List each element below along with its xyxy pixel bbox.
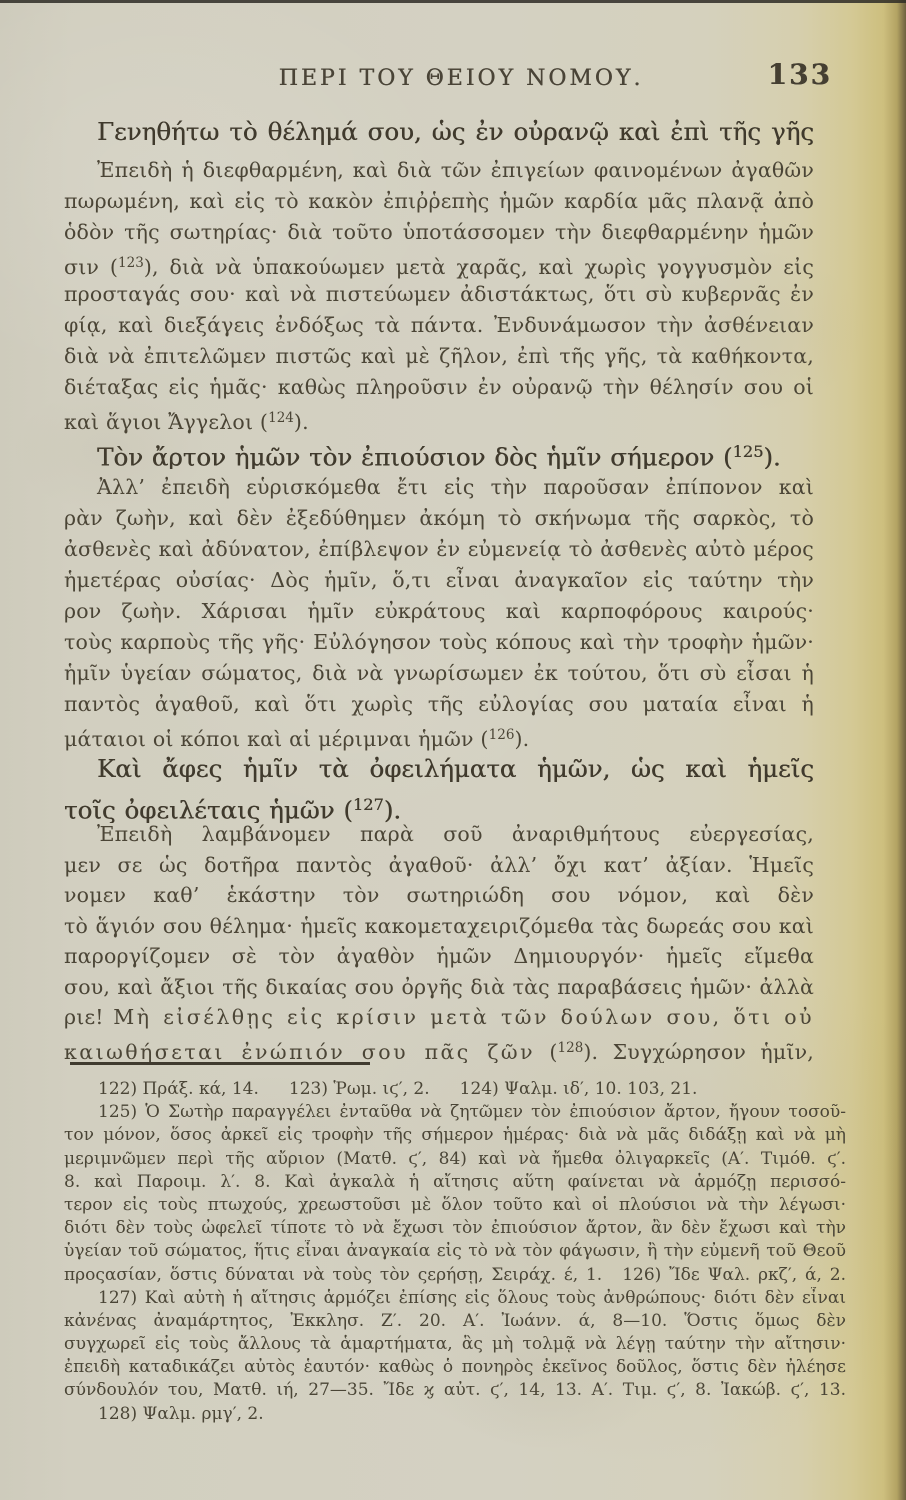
footnote-line: μεριμνῶμεν περὶ τῆς αὔριον (Ματθ. ϛ′, 84…	[64, 1148, 846, 1171]
book-page-scan: ΠΕΡΙ ΤΟΥ ΘΕΙΟΥ ΝΟΜΟΥ. 133 Γενηθήτω τὸ θέ…	[0, 0, 906, 1500]
text-line: φίᾳ, καὶ διεξάγεις ἐνδόξως τὰ πάντα. Ἐνδ…	[64, 310, 814, 341]
text-line: ἀσθενὲς καὶ ἀδύνατον, ἐπίβλεψον ἐν εὐμεν…	[64, 534, 814, 565]
footnote-separator	[70, 1062, 370, 1065]
quote-line: Τὸν ἄρτον ἡμῶν τὸν ἐπιούσιον δὸς ἡμῖν σή…	[64, 435, 814, 469]
text-line: σου, καὶ ἄξιοι τῆς δικαίας σου ὀργῆς διὰ…	[64, 972, 814, 1003]
text-line: διέταξας εἰς ἡμᾶς· καθὼς πληροῦσιν ἐν οὐ…	[64, 372, 814, 403]
footnote-line: 8. καὶ Παροιμ. λ′. 8. Καὶ ἀγκαλὰ ἡ αἴτησ…	[64, 1171, 846, 1194]
text-line: παντὸς ἀγαθοῦ, καὶ ὅτι χωρὶς τῆς εὐλογία…	[64, 689, 814, 720]
text-line: νομεν καθ’ ἑκάστην τὸν σωτηριώδη σου νόμ…	[64, 880, 814, 911]
footnote-123: 123) Ῥωμ. ιϛ′, 2.	[289, 1079, 430, 1099]
paragraph-commentary-3: Ἐπειδὴ λαμβάνομεν παρὰ σοῦ ἀναριθμήτους …	[64, 819, 814, 1063]
footnote-line: ὑγείαν τοῦ σώματος, ἥτις εἶναι ἀναγκαία …	[64, 1240, 846, 1263]
quote-line: Καὶ ἄφες ἡμῖν τὰ ὀφειλήματα ἡμῶν, ὡς καὶ…	[64, 751, 814, 787]
text-line: ἡμετέρας οὐσίας· Δὸς ἡμῖν, ὅ,τι εἶναι ἀν…	[64, 565, 814, 596]
text-line: τὸ ἅγιόν σου θέλημα· ἡμεῖς κακομεταχειρι…	[64, 911, 814, 942]
main-text-column: ΠΕΡΙ ΤΟΥ ΘΕΙΟΥ ΝΟΜΟΥ. 133 Γενηθήτω τὸ θέ…	[64, 0, 814, 1063]
footnote-ref-128: 128	[558, 1040, 584, 1056]
footnote-line: σύνδουλόν του, Ματθ. ιή, 27—35. Ἴδε ϗ αὐ…	[64, 1379, 846, 1402]
text-line: ρον ζωὴν. Χάρισαι ἡμῖν εὐκράτους καὶ καρ…	[64, 596, 814, 627]
footnote-128: 128) Ψαλμ. ρμγ′, 2.	[64, 1403, 846, 1426]
prayer-quote-daily-bread: Τὸν ἄρτον ἡμῶν τὸν ἐπιούσιον δὸς ἡμῖν σή…	[64, 435, 814, 469]
footnote-ref-127: 127	[353, 795, 384, 814]
paragraph-commentary-1: Ἐπειδὴ ἡ διεφθαρμένη, καὶ διὰ τῶν ἐπιγεί…	[64, 155, 814, 434]
text-line: ὁδὸν τῆς σωτηρίας· διὰ τοῦτο ὑποτάσσομεν…	[64, 217, 814, 248]
text-line: Ἀλλ’ ἐπειδὴ εὑρισκόμεθα ἔτι εἰς τὴν παρο…	[64, 472, 814, 503]
footnote-line: διότι δὲν τοὺς ὠφελεῖ τίποτε τὸ νὰ ἔχωσι…	[64, 1217, 846, 1240]
footnote-line: 127) Καὶ αὐτὴ ἡ αἴτησις ἁρμόζει ἐπίσης ε…	[64, 1287, 846, 1310]
footnote-line: 122) Πράξ. κά, 14.123) Ῥωμ. ιϛ′, 2.124) …	[64, 1078, 846, 1101]
text-line: μάταιοι οἱ κόποι καὶ αἱ μέριμναι ἡμῶν (1…	[64, 720, 814, 751]
text-line: Ἐπειδὴ ἡ διεφθαρμένη, καὶ διὰ τῶν ἐπιγεί…	[64, 155, 814, 186]
text-line: προσταγάς σου· καὶ νὰ πιστεύωμεν ἀδιστάκ…	[64, 279, 814, 310]
footnote-line: τερον εἰς τοὺς πτωχούς, χρεωστοῦσι μὲ ὅλ…	[64, 1194, 846, 1217]
text-line: ρὰν ζωὴν, καὶ δὲν ἐξεδύθημεν ἀκόμη τὸ σκ…	[64, 503, 814, 534]
text-line: καὶ ἅγιοι Ἄγγελοι (124).	[64, 403, 814, 434]
page-title: ΠΕΡΙ ΤΟΥ ΘΕΙΟΥ ΝΟΜΟΥ.	[279, 66, 644, 91]
footnote-line: 125) Ὁ Σωτὴρ παραγγέλει ἐνταῦθα νὰ ζητῶμ…	[64, 1101, 846, 1124]
footnote-line: ἐπειδὴ καταδικάζει αὐτὸς ἑαυτόν· καθὼς ὁ…	[64, 1356, 846, 1379]
text-line: ἡμῖν ὑγείαν σώματος, διὰ νὰ γνωρίσωμεν ἐ…	[64, 658, 814, 689]
text-line: σιν (123), διὰ νὰ ὑπακούωμεν μετὰ χαρᾶς,…	[64, 248, 814, 279]
text-line-emphasized: ριε! Μὴ εἰσέλθῃς εἰς κρίσιν μετὰ τῶν δού…	[64, 1002, 814, 1033]
footnote-124: 124) Ψαλμ. ιδ′, 10. 103, 21.	[460, 1079, 698, 1099]
quote-line: τοῖς ὀφειλέταις ἡμῶν (127).	[64, 787, 814, 823]
text-line: Ἐπειδὴ λαμβάνομεν παρὰ σοῦ ἀναριθμήτους …	[64, 819, 814, 850]
footnote-line: τον μόνον, ὅσος ἀρκεῖ εἰς τροφὴν τῆς σήμ…	[64, 1124, 846, 1147]
text-line: διὰ νὰ ἐπιτελῶμεν πιστῶς καὶ μὲ ζῆλον, ἐ…	[64, 341, 814, 372]
prayer-quote-thy-will: Γενηθήτω τὸ θέλημά σου, ὡς ἐν οὐρανῷ καὶ…	[64, 115, 814, 149]
text-line: παροργίζομεν σὲ τὸν ἀγαθὸν ἡμῶν Δημιουργ…	[64, 941, 814, 972]
quote-line: Γενηθήτω τὸ θέλημά σου, ὡς ἐν οὐρανῷ καὶ…	[64, 115, 814, 149]
footnote-126: 126) Ἴδε Ψαλ. ρκζ′, ά, 2.	[622, 1265, 846, 1285]
footnote-122: 122) Πράξ. κά, 14.	[98, 1079, 259, 1099]
text-line: μεν σε ὡς δοτῆρα παντὸς ἀγαθοῦ· ἀλλ’ ὄχι…	[64, 850, 814, 881]
running-header: ΠΕΡΙ ΤΟΥ ΘΕΙΟΥ ΝΟΜΟΥ. 133	[64, 64, 814, 102]
footnote-line: προςασίαν, ὅστις δύναται νὰ τοὺς τὸν ςερ…	[64, 1264, 846, 1287]
paragraph-commentary-2: Ἀλλ’ ἐπειδὴ εὑρισκόμεθα ἔτι εἰς τὴν παρο…	[64, 472, 814, 751]
footnote-ref-124: 124	[268, 410, 294, 426]
footnote-ref-126: 126	[489, 727, 515, 743]
text-line: τοὺς καρποὺς τῆς γῆς· Εὐλόγησον τοὺς κόπ…	[64, 627, 814, 658]
page-number: 133	[768, 58, 832, 91]
footnotes-section: 122) Πράξ. κά, 14.123) Ῥωμ. ιϛ′, 2.124) …	[64, 1058, 846, 1426]
footnote-line: κἀνένας ἀναμάρτητος, Ἐκκλησ. Ζ′. 20. Α′.…	[64, 1310, 846, 1333]
footnote-ref-125: 125	[733, 442, 764, 461]
footnotes-block: 122) Πράξ. κά, 14.123) Ῥωμ. ιϛ′, 2.124) …	[64, 1078, 846, 1426]
footnote-ref-123: 123	[118, 255, 144, 271]
footnote-line: συγχωρεῖ εἰς τοὺς ἄλλους τὰ ἁμαρτήματα, …	[64, 1333, 846, 1356]
prayer-quote-forgive-debts: Καὶ ἄφες ἡμῖν τὰ ὀφειλήματα ἡμῶν, ὡς καὶ…	[64, 751, 814, 823]
text-line: πωρωμένη, καὶ εἰς τὸ κακὸν ἐπιῤῥεπὴς ἡμῶ…	[64, 186, 814, 217]
